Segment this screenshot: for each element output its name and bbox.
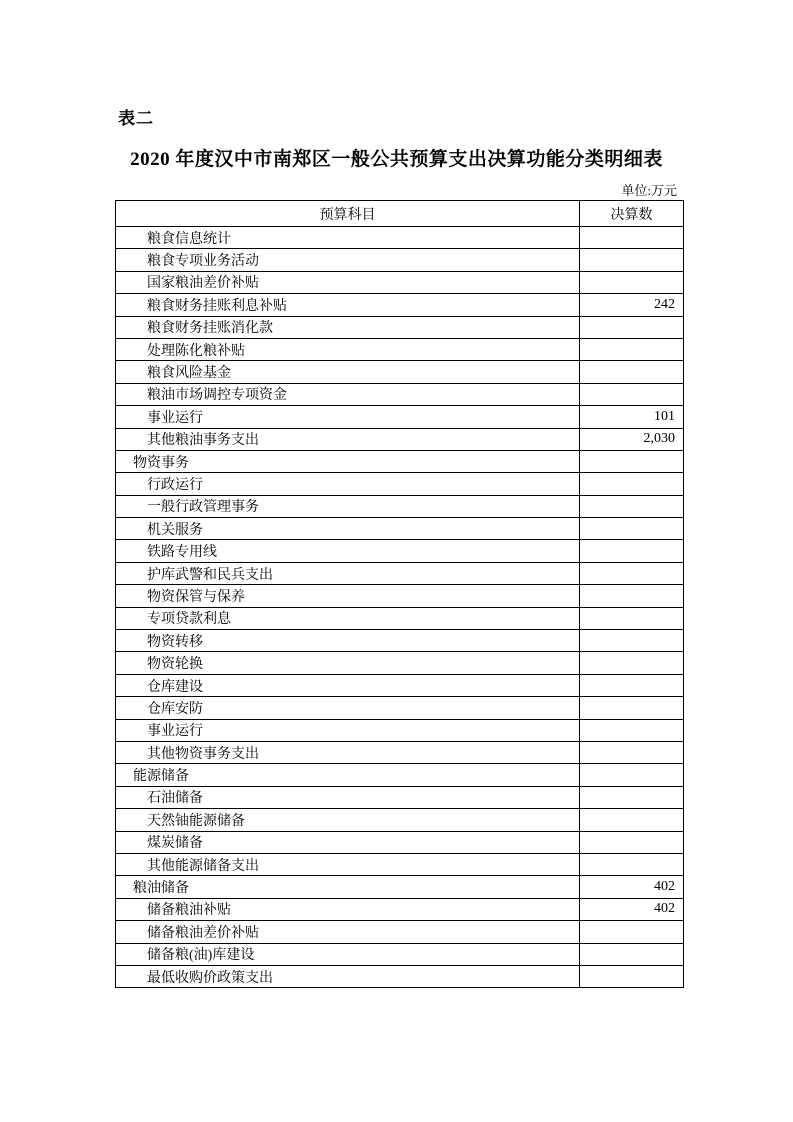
subject-cell: 行政运行 (116, 473, 580, 495)
table-row: 最低收购价政策支出 (116, 965, 684, 987)
table-row: 仓库建设 (116, 674, 684, 696)
amount-cell (580, 741, 684, 763)
subject-cell: 物资转移 (116, 630, 580, 652)
amount-cell (580, 271, 684, 293)
subject-cell: 能源储备 (116, 764, 580, 786)
column-header-subject: 预算科目 (116, 201, 580, 227)
amount-cell (580, 719, 684, 741)
amount-cell (580, 249, 684, 271)
table-row: 护库武警和民兵支出 (116, 562, 684, 584)
subject-cell: 仓库安防 (116, 697, 580, 719)
table-row: 处理陈化粮补贴 (116, 338, 684, 360)
amount-cell (580, 697, 684, 719)
table-row: 物资保管与保养 (116, 585, 684, 607)
amount-cell (580, 361, 684, 383)
table-row: 其他物资事务支出 (116, 741, 684, 763)
amount-cell (580, 585, 684, 607)
amount-cell: 101 (580, 406, 684, 428)
amount-cell: 242 (580, 294, 684, 316)
page-title: 2020 年度汉中市南郑区一般公共预算支出决算功能分类明细表 (0, 144, 793, 171)
table-row: 能源储备 (116, 764, 684, 786)
amount-cell (580, 853, 684, 875)
table-row: 粮食信息统计 (116, 227, 684, 249)
budget-table: 预算科目 决算数 粮食信息统计粮食专项业务活动国家粮油差价补贴粮食财务挂账利息补… (115, 200, 684, 988)
amount-cell: 2,030 (580, 428, 684, 450)
table-row: 物资事务 (116, 450, 684, 472)
subject-cell: 储备粮油补贴 (116, 898, 580, 920)
subject-cell: 专项贷款利息 (116, 607, 580, 629)
subject-cell: 粮油市场调控专项资金 (116, 383, 580, 405)
table-row: 物资轮换 (116, 652, 684, 674)
table-row: 粮油储备402 (116, 876, 684, 898)
subject-cell: 物资轮换 (116, 652, 580, 674)
subject-cell: 粮食专项业务活动 (116, 249, 580, 271)
subject-cell: 其他粮油事务支出 (116, 428, 580, 450)
unit-note: 单位:万元 (621, 180, 677, 199)
amount-cell (580, 518, 684, 540)
table-row: 一般行政管理事务 (116, 495, 684, 517)
table-row: 事业运行101 (116, 406, 684, 428)
subject-cell: 物资保管与保养 (116, 585, 580, 607)
table-row: 储备粮油差价补贴 (116, 921, 684, 943)
amount-cell: 402 (580, 898, 684, 920)
subject-cell: 物资事务 (116, 450, 580, 472)
subject-cell: 最低收购价政策支出 (116, 965, 580, 987)
amount-cell (580, 921, 684, 943)
amount-cell (580, 473, 684, 495)
subject-cell: 护库武警和民兵支出 (116, 562, 580, 584)
table-header-row: 预算科目 决算数 (116, 201, 684, 227)
subject-cell: 机关服务 (116, 518, 580, 540)
table-row: 粮食财务挂账消化款 (116, 316, 684, 338)
table-row: 铁路专用线 (116, 540, 684, 562)
amount-cell (580, 540, 684, 562)
table-body: 粮食信息统计粮食专项业务活动国家粮油差价补贴粮食财务挂账利息补贴242粮食财务挂… (116, 227, 684, 988)
amount-cell (580, 809, 684, 831)
subject-cell: 处理陈化粮补贴 (116, 338, 580, 360)
table-row: 机关服务 (116, 518, 684, 540)
amount-cell (580, 227, 684, 249)
table-row: 其他粮油事务支出2,030 (116, 428, 684, 450)
table-number-label: 表二 (118, 104, 154, 129)
column-header-amount: 决算数 (580, 201, 684, 227)
subject-cell: 粮食信息统计 (116, 227, 580, 249)
table-row: 行政运行 (116, 473, 684, 495)
subject-cell: 仓库建设 (116, 674, 580, 696)
subject-cell: 粮食风险基金 (116, 361, 580, 383)
subject-cell: 粮油储备 (116, 876, 580, 898)
amount-cell (580, 786, 684, 808)
table-row: 储备粮油补贴402 (116, 898, 684, 920)
table-row: 专项贷款利息 (116, 607, 684, 629)
table-row: 储备粮(油)库建设 (116, 943, 684, 965)
table-row: 粮食专项业务活动 (116, 249, 684, 271)
amount-cell (580, 495, 684, 517)
table-row: 事业运行 (116, 719, 684, 741)
subject-cell: 粮食财务挂账消化款 (116, 316, 580, 338)
table-row: 天然铀能源储备 (116, 809, 684, 831)
subject-cell: 粮食财务挂账利息补贴 (116, 294, 580, 316)
subject-cell: 铁路专用线 (116, 540, 580, 562)
subject-cell: 储备粮油差价补贴 (116, 921, 580, 943)
amount-cell (580, 630, 684, 652)
table-row: 煤炭储备 (116, 831, 684, 853)
table-row: 国家粮油差价补贴 (116, 271, 684, 293)
table-row: 粮食风险基金 (116, 361, 684, 383)
subject-cell: 煤炭储备 (116, 831, 580, 853)
table-row: 其他能源储备支出 (116, 853, 684, 875)
table-row: 仓库安防 (116, 697, 684, 719)
subject-cell: 国家粮油差价补贴 (116, 271, 580, 293)
amount-cell (580, 943, 684, 965)
amount-cell (580, 674, 684, 696)
amount-cell (580, 764, 684, 786)
table-row: 粮食财务挂账利息补贴242 (116, 294, 684, 316)
amount-cell (580, 338, 684, 360)
table-row: 粮油市场调控专项资金 (116, 383, 684, 405)
amount-cell (580, 607, 684, 629)
table-row: 石油储备 (116, 786, 684, 808)
table-row: 物资转移 (116, 630, 684, 652)
subject-cell: 其他物资事务支出 (116, 741, 580, 763)
subject-cell: 天然铀能源储备 (116, 809, 580, 831)
subject-cell: 其他能源储备支出 (116, 853, 580, 875)
amount-cell (580, 450, 684, 472)
amount-cell: 402 (580, 876, 684, 898)
subject-cell: 储备粮(油)库建设 (116, 943, 580, 965)
amount-cell (580, 652, 684, 674)
subject-cell: 事业运行 (116, 406, 580, 428)
amount-cell (580, 965, 684, 987)
document-page: 表二 2020 年度汉中市南郑区一般公共预算支出决算功能分类明细表 单位:万元 … (0, 0, 793, 1122)
amount-cell (580, 562, 684, 584)
amount-cell (580, 383, 684, 405)
subject-cell: 石油储备 (116, 786, 580, 808)
subject-cell: 一般行政管理事务 (116, 495, 580, 517)
subject-cell: 事业运行 (116, 719, 580, 741)
amount-cell (580, 831, 684, 853)
amount-cell (580, 316, 684, 338)
